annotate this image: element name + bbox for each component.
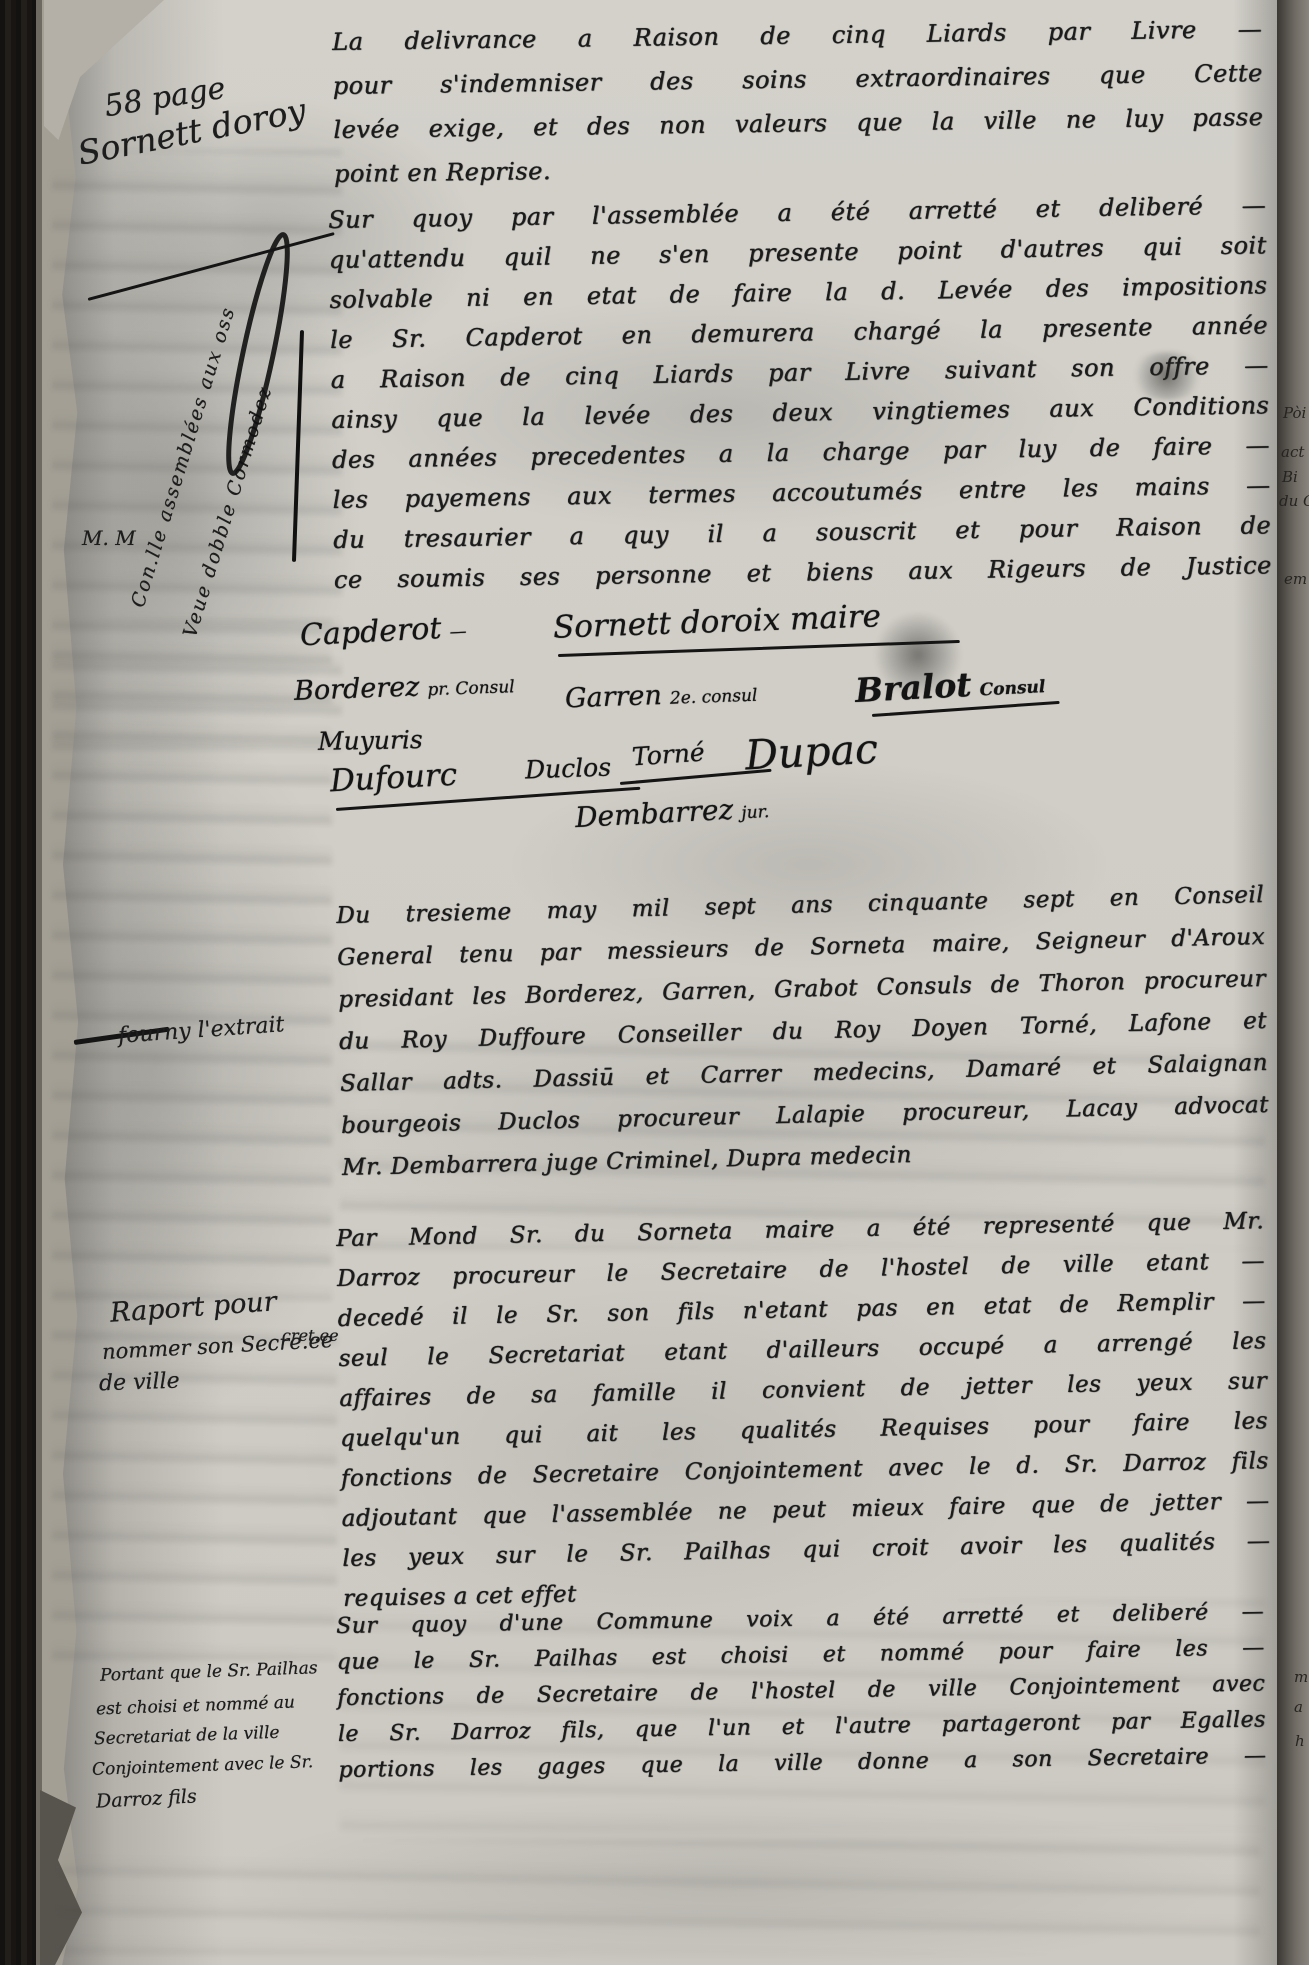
paragraph-conseil-general: Du tresieme may mil sept ans cinquante s…	[336, 882, 1270, 1197]
paragraph-delivrance: La delivrance a Raison de cinq Liards pa…	[332, 15, 1264, 204]
signature-name: Capderot	[299, 611, 442, 653]
signature-title: pr. Consul	[427, 677, 515, 700]
signature-name: Bralot	[854, 665, 972, 710]
signature-name: Torné	[631, 738, 705, 772]
adjacent-page-fragment: Bi	[1282, 468, 1298, 486]
margin-note-raport-line3: de ville	[99, 1369, 180, 1397]
ink-stain	[1128, 352, 1206, 400]
signature-title: jur.	[741, 802, 770, 823]
signature-name: Muyuris	[318, 725, 423, 756]
adjacent-page-fragment: m	[1294, 1668, 1308, 1686]
adjacent-page-fragment: h	[1295, 1732, 1305, 1750]
bleed-through-band	[52, 1330, 337, 1660]
paragraph-nomination-pailhas: Sur quoy d'une Commune voix a été arrett…	[336, 1599, 1267, 1794]
signature-title: maire	[789, 598, 881, 637]
adjacent-page-fragment: a	[1294, 1698, 1303, 1716]
margin-fragment-secret: cret.ee	[282, 1326, 339, 1345]
manuscript-page-scan: 58 page Sornett doroy M. M Con.lle assem…	[0, 0, 1309, 1965]
adjacent-page-fragment: du C	[1279, 492, 1309, 510]
signature-title: Consul	[979, 677, 1046, 700]
signature-title: —	[449, 622, 467, 643]
signature-name: Borderez	[294, 671, 420, 706]
adjacent-page-fragment: em	[1284, 570, 1307, 588]
paragraph-raport-secretaire: Par Mond Sr. du Sorneta maire a été repr…	[336, 1208, 1272, 1626]
signature-torne: Torné	[631, 738, 705, 772]
adjacent-page-fragment: Pòi	[1283, 404, 1306, 422]
signature-name: Duclos	[525, 753, 612, 785]
signature-name: Garren	[565, 680, 663, 714]
signature-dupac: Dupac	[744, 725, 879, 780]
signature-duclos: Duclos	[525, 753, 612, 785]
signature-title: 2e. consul	[670, 686, 758, 709]
bleed-through-band	[60, 1840, 1260, 1955]
margin-mm-mark: M. M	[82, 526, 136, 550]
adjacent-page-fragment: act	[1281, 443, 1304, 461]
signature-dufourc: Dufourc	[329, 757, 458, 800]
paragraph-deliberation: Sur quoy par l'assemblée a été arretté e…	[328, 191, 1272, 606]
bleed-through-band	[52, 620, 332, 1300]
signature-name: Dufourc	[329, 757, 458, 800]
signature-muyuris: Muyuris	[318, 725, 423, 756]
signature-name: Dupac	[744, 725, 879, 780]
